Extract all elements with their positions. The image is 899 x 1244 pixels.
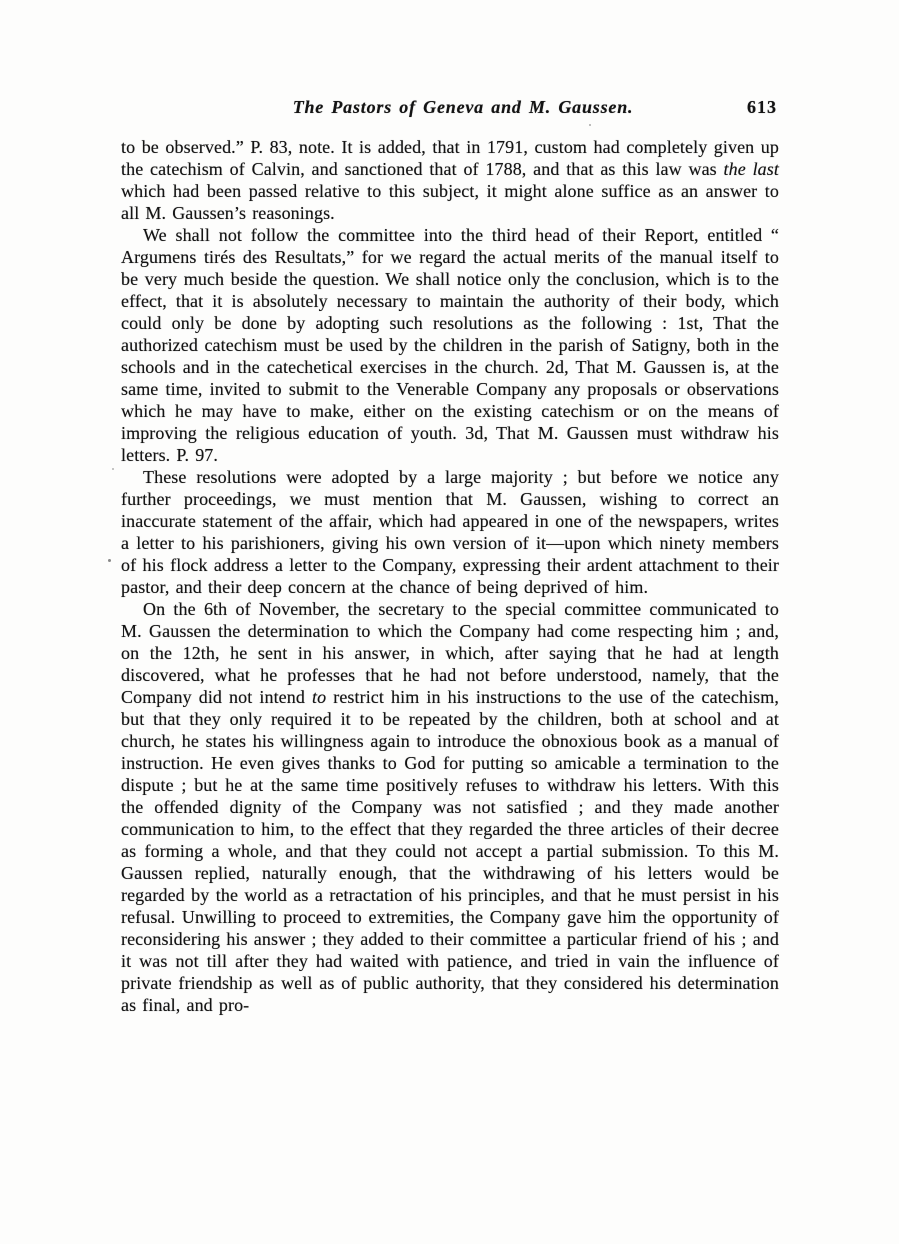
italic-text-run: the last (724, 159, 779, 179)
paragraph: to be observed.” P. 83, note. It is adde… (121, 136, 779, 224)
text-block: The Pastors of Geneva and M. Gaussen. 61… (121, 97, 779, 1016)
page-number: 613 (747, 97, 777, 118)
running-title: The Pastors of Geneva and M. Gaussen. (121, 97, 779, 118)
italic-text-run: to (312, 687, 326, 707)
text-run: to be observed.” P. 83, note. It is adde… (121, 137, 779, 179)
paragraph: We shall not follow the committee into t… (121, 224, 779, 466)
text-run: which had been passed relative to this s… (121, 181, 779, 223)
text-run: We shall not follow the committee into t… (121, 225, 779, 465)
paragraph: These resolutions were adopted by a larg… (121, 466, 779, 598)
paragraph: On the 6th of November, the secretary to… (121, 598, 779, 1016)
scanned-book-page: The Pastors of Geneva and M. Gaussen. 61… (0, 0, 899, 1244)
text-run: These resolutions were adopted by a larg… (121, 467, 779, 597)
running-header: The Pastors of Geneva and M. Gaussen. 61… (121, 97, 779, 121)
page-body-text: to be observed.” P. 83, note. It is adde… (121, 136, 779, 1016)
text-run: restrict him in his instructions to the … (121, 687, 779, 1015)
scan-speck (112, 468, 114, 470)
scan-speck (108, 559, 111, 562)
